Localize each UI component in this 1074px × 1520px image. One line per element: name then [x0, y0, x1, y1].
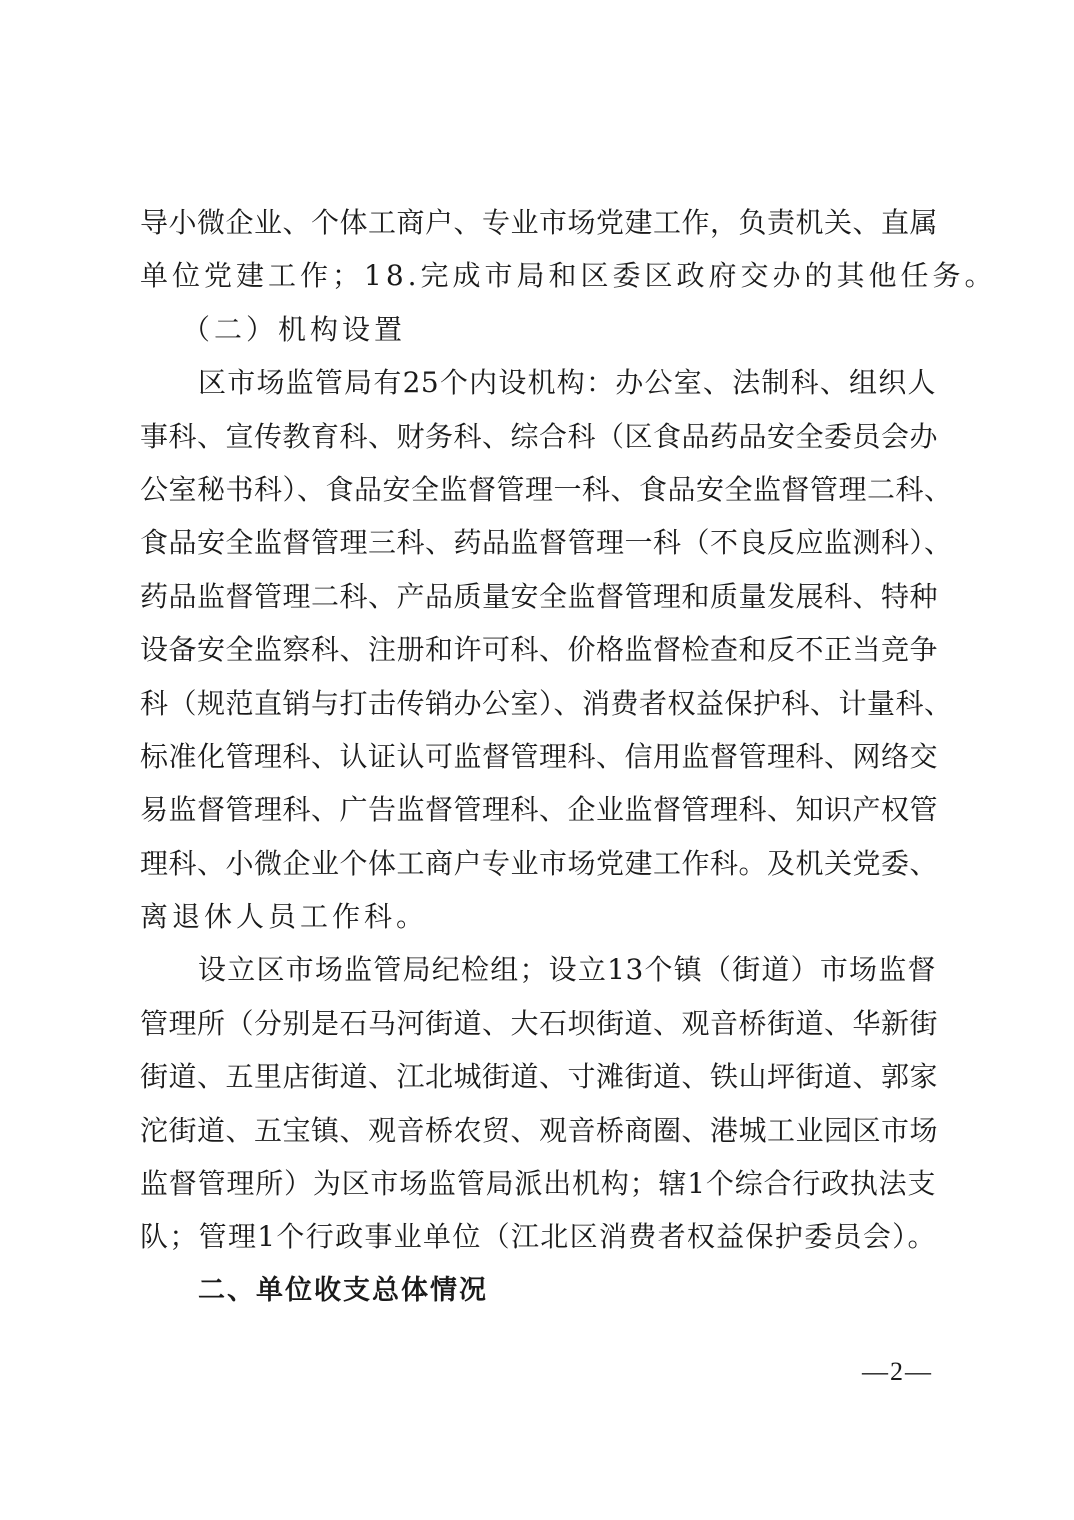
paragraph-line: 标准化管理科、认证认可监督管理科、信用监督管理科、网络交 [140, 730, 936, 783]
paragraph-line: 管理所（分别是石马河街道、大石坝街道、观音桥街道、华新街 [140, 997, 936, 1050]
paragraph-line: 科（规范直销与打击传销办公室）、消费者权益保护科、计量科、 [140, 677, 936, 730]
paragraph-line: 药品监督管理二科、产品质量安全监督管理和质量发展科、特种 [140, 570, 936, 623]
paragraph-line: 导小微企业、个体工商户、专业市场党建工作，负责机关、直属 [140, 196, 936, 249]
document-page: 导小微企业、个体工商户、专业市场党建工作，负责机关、直属 单位党建工作；18.完… [0, 0, 1074, 1520]
paragraph-line: 设立区市场监管局纪检组；设立13个镇（街道）市场监督 [140, 943, 936, 996]
section-subheading: （二）机构设置 [140, 303, 936, 356]
paragraph-line: 理科、小微企业个体工商户专业市场党建工作科。及机关党委、 [140, 837, 936, 890]
paragraph-line: 离退休人员工作科。 [140, 890, 936, 943]
paragraph-line: 区市场监管局有25个内设机构：办公室、法制科、组织人 [140, 356, 936, 409]
section-heading: 二、单位收支总体情况 [140, 1264, 936, 1317]
paragraph-line: 食品安全监督管理三科、药品监督管理一科（不良反应监测科）、 [140, 516, 936, 569]
paragraph-line: 公室秘书科）、食品安全监督管理一科、食品安全监督管理二科、 [140, 463, 936, 516]
paragraph-line: 街道、五里店街道、江北城街道、寸滩街道、铁山坪街道、郭家 [140, 1050, 936, 1103]
paragraph-line: 队；管理1个行政事业单位（江北区消费者权益保护委员会）。 [140, 1210, 936, 1263]
paragraph-line: 事科、宣传教育科、财务科、综合科（区食品药品安全委员会办 [140, 410, 936, 463]
paragraph-line: 沱街道、五宝镇、观音桥农贸、观音桥商圈、港城工业园区市场 [140, 1104, 936, 1157]
paragraph-line: 易监督管理科、广告监督管理科、企业监督管理科、知识产权管 [140, 783, 936, 836]
paragraph-line: 单位党建工作；18.完成市局和区委区政府交办的其他任务。 [140, 249, 936, 302]
paragraph-line: 监督管理所）为区市场监管局派出机构；辖1个综合行政执法支 [140, 1157, 936, 1210]
document-body: 导小微企业、个体工商户、专业市场党建工作，负责机关、直属 单位党建工作；18.完… [140, 196, 936, 1317]
page-number: —2— [862, 1357, 933, 1387]
paragraph-line: 设备安全监察科、注册和许可科、价格监督检查和反不正当竞争 [140, 623, 936, 676]
